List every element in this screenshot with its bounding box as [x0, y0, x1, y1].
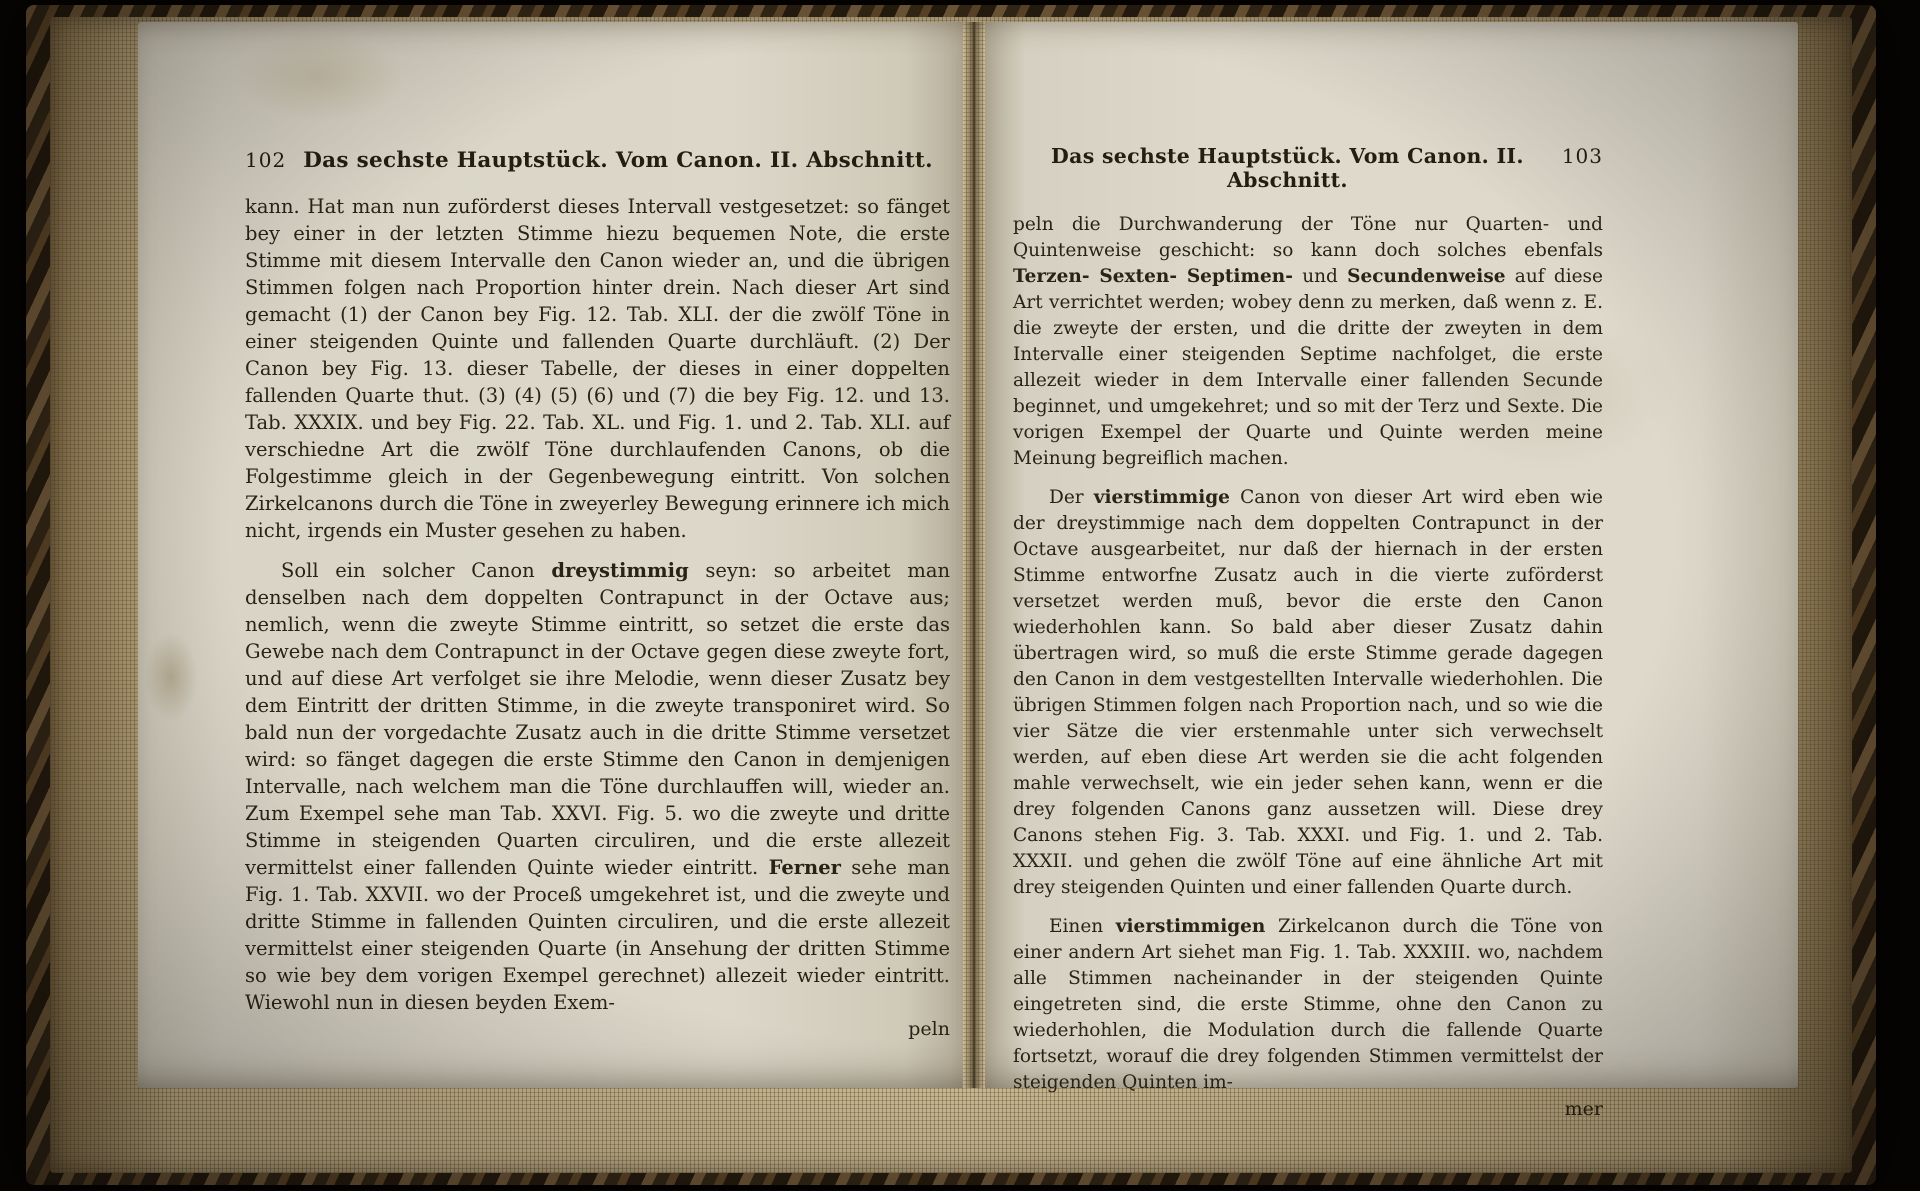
emphasized-text: Terzen- Sexten- Septimen-: [1013, 266, 1293, 287]
text-run: auf diese Art verrichtet werden; wobey d…: [1013, 266, 1603, 469]
text-run: Zirkelcanon durch die Töne von einer and…: [1013, 916, 1603, 1093]
text-run: kann. Hat man nun zuförderst dieses Inte…: [245, 195, 950, 542]
photo-background: 102 Das sechste Hauptstück. Vom Canon. I…: [0, 0, 1920, 1191]
left-header-title: Das sechste Hauptstück. Vom Canon. II. A…: [286, 148, 950, 173]
paper-stain: [144, 632, 198, 722]
text-run: sehe man Fig. 1. Tab. XXVII. wo der Proc…: [245, 856, 950, 1014]
paragraph: peln die Durchwanderung der Töne nur Qua…: [1013, 212, 1603, 472]
emphasized-text: Ferner: [769, 856, 841, 879]
emphasized-text: vierstimmigen: [1116, 916, 1266, 937]
text-run: Einen: [1049, 916, 1116, 937]
left-page-text: kann. Hat man nun zuförderst dieses Inte…: [245, 193, 950, 1016]
text-run: Canon von dieser Art wird eben wie der d…: [1013, 487, 1603, 898]
paper-stain: [234, 32, 404, 122]
open-book-spread: 102 Das sechste Hauptstück. Vom Canon. I…: [138, 22, 1798, 1088]
emphasized-text: dreystimmig: [551, 559, 688, 582]
paragraph: Einen vierstimmigen Zirkelcanon durch di…: [1013, 914, 1603, 1096]
emphasized-text: vierstimmige: [1094, 487, 1230, 508]
left-page: 102 Das sechste Hauptstück. Vom Canon. I…: [138, 22, 963, 1088]
right-page-number: 103: [1562, 144, 1603, 168]
paragraph: kann. Hat man nun zuförderst dieses Inte…: [245, 193, 950, 544]
left-page-number: 102: [245, 148, 286, 172]
right-running-header: Das sechste Hauptstück. Vom Canon. II. A…: [1013, 144, 1603, 192]
book-gutter: [963, 22, 985, 1088]
text-run: seyn: so arbeitet man denselben nach dem…: [245, 559, 950, 879]
text-run: und: [1293, 266, 1347, 287]
book-cover: 102 Das sechste Hauptstück. Vom Canon. I…: [26, 5, 1876, 1185]
paragraph: Der vierstimmige Canon von dieser Art wi…: [1013, 485, 1603, 901]
text-run: Der: [1049, 487, 1094, 508]
right-header-title: Das sechste Hauptstück. Vom Canon. II. A…: [1013, 144, 1562, 192]
paragraph: Soll ein solcher Canon dreystimmig seyn:…: [245, 557, 950, 1016]
right-catchword: mer: [1013, 1096, 1603, 1123]
text-run: peln die Durchwanderung der Töne nur Qua…: [1013, 214, 1603, 261]
left-catchword: peln: [245, 1016, 950, 1043]
emphasized-text: Secundenweise: [1347, 266, 1505, 287]
right-page: Das sechste Hauptstück. Vom Canon. II. A…: [985, 22, 1798, 1088]
left-running-header: 102 Das sechste Hauptstück. Vom Canon. I…: [245, 148, 950, 173]
right-page-text: peln die Durchwanderung der Töne nur Qua…: [1013, 212, 1603, 1096]
text-run: Soll ein solcher Canon: [281, 559, 551, 582]
